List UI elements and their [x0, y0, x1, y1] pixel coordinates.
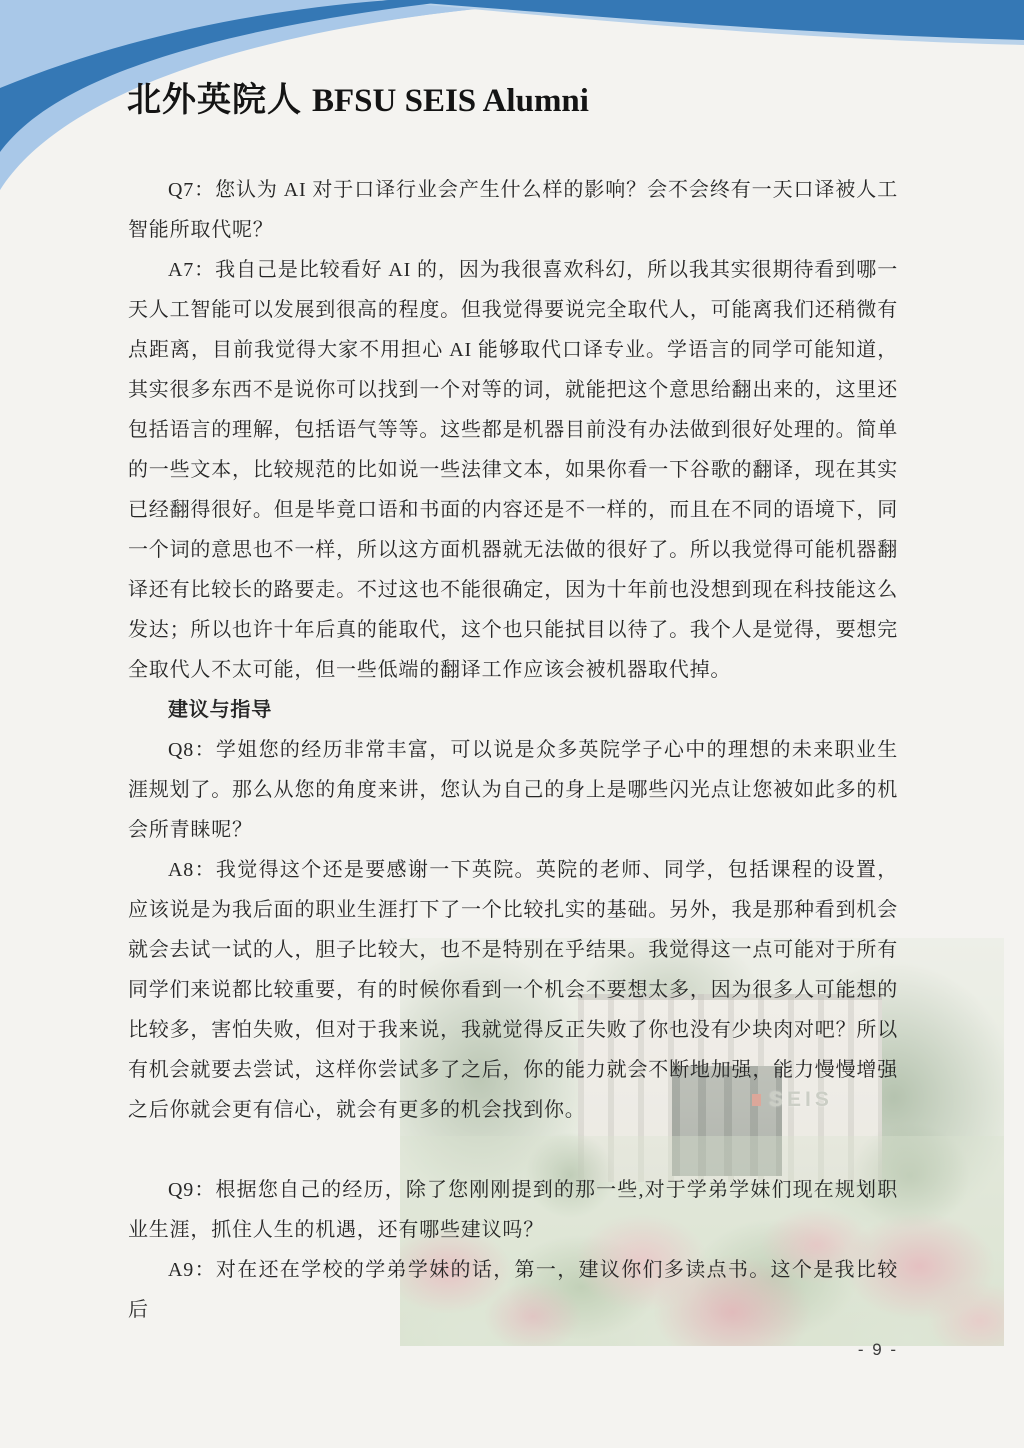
section-heading: 建议与指导 — [128, 690, 898, 730]
blank-line — [128, 1130, 898, 1170]
paragraph-q8: Q8：学姐您的经历非常丰富，可以说是众多英院学子心中的理想的未来职业生涯规划了。… — [128, 730, 898, 850]
paragraph-a7: A7：我自己是比较看好 AI 的，因为我很喜欢科幻，所以我其实很期待看到哪一天人… — [128, 250, 898, 690]
journal-title-zh: 北外英院人 — [127, 81, 302, 119]
paragraph-a9: A9：对在还在学校的学弟学妹的话，第一，建议你们多读点书。这个是我比较后 — [128, 1250, 898, 1330]
page-number: - 9 - — [838, 1340, 918, 1360]
paragraph-a8: A8：我觉得这个还是要感谢一下英院。英院的老师、同学，包括课程的设置，应该说是为… — [128, 850, 898, 1130]
journal-title-en: BFSU SEIS Alumni — [312, 83, 589, 119]
dark-top-wedge — [383, 0, 1024, 40]
paragraph-q7: Q7：您认为 AI 对于口译行业会产生什么样的影响？会不会终有一天口译被人工智能… — [128, 170, 898, 250]
paragraph-q9: Q9：根据您自己的经历，除了您刚刚提到的那一些,对于学弟学妹们现在规划职业生涯，… — [128, 1170, 898, 1250]
journal-title: 北外英院人BFSU SEIS Alumni — [127, 72, 589, 121]
article-body: Q7：您认为 AI 对于口译行业会产生什么样的影响？会不会终有一天口译被人工智能… — [128, 170, 898, 1330]
